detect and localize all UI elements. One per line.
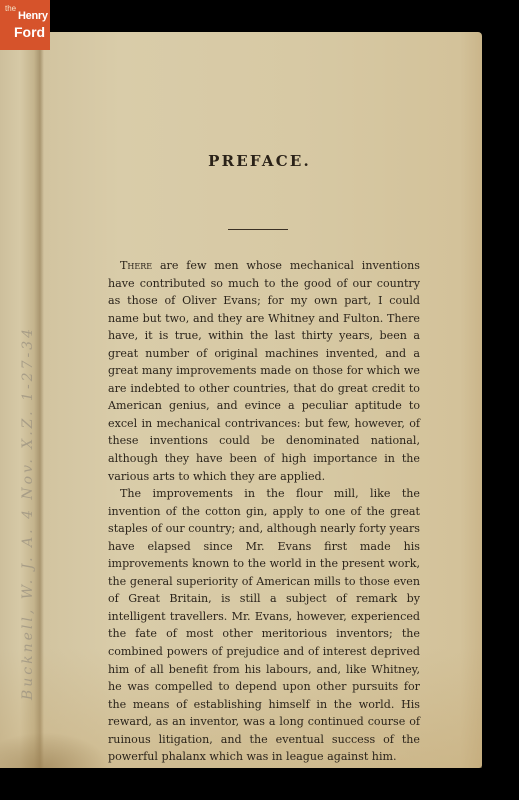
paragraph-2-text: The improvements in the flour mill, like…: [108, 487, 420, 763]
paragraph-1: There are few men whose mechanical inven…: [108, 257, 420, 485]
logo-the: the: [5, 5, 16, 13]
paragraph-2: The improvements in the flour mill, like…: [108, 485, 420, 766]
title-rule: [228, 229, 288, 230]
margin-handwriting: Bucknell, W. J. A. 4 Nov. X.Z. 1-27-34: [20, 326, 36, 700]
paragraph-1-text: are few men whose mechanical inventions …: [108, 259, 420, 483]
logo-henry: Henry: [18, 11, 48, 22]
page-title: PREFACE.: [0, 152, 519, 170]
water-stain: [0, 732, 110, 768]
logo-ford: Ford: [14, 25, 45, 39]
paragraph-1-lead: There: [120, 259, 152, 272]
henry-ford-logo: the Henry Ford: [0, 0, 50, 50]
preface-body: There are few men whose mechanical inven…: [108, 257, 420, 766]
